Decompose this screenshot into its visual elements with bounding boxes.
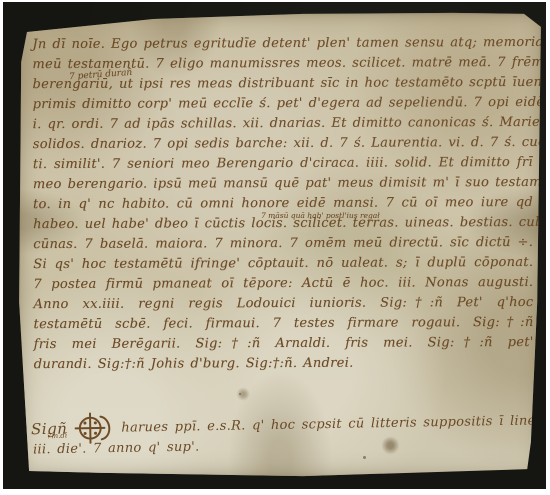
ink-fleck [363, 456, 366, 459]
manuscript-line: 7 postea firmū pmaneat oī tēpore: Actū ē… [33, 273, 533, 295]
scribe-subscription-text: harues ppī. e.s.R. q' hoc scpsit cū litt… [121, 413, 544, 435]
interlinear-insertion: 7 petrū durañ [69, 68, 133, 82]
manuscript-line: meū testamentū. 7 eligo manumissres meos… [32, 53, 532, 75]
manuscript-line: habeo. uel habe' dbeo ī cūctis locis. sc… [33, 213, 533, 235]
manuscript-line: durandi. Sig:†:ñ Johis d'burg. Sig:†:ñ. … [34, 353, 534, 375]
manuscript-line: Anno xx.iiii. regni regis Lodouici iunio… [33, 293, 533, 315]
manuscript-line: cūnas. 7 baselā. maiora. 7 minora. 7 omē… [33, 233, 533, 255]
manuscript-line: Si qs' hoc testamētū ifringe' cōptauit. … [33, 253, 533, 275]
signature-sub-note: 7m.dī [47, 431, 67, 440]
manuscript-photo: Jn dī noīe. Ego petrus egritudīe detent'… [0, 0, 550, 495]
dating-clause-line: iii. die'. 7 anno q' sup'. [33, 440, 200, 458]
manuscript-line: meo berengario. ipsū meū mansū quē pat' … [33, 173, 533, 195]
manuscript-line: primis dimitto corp' meū ecclīe ś. pet' … [33, 93, 533, 115]
manuscript-text-block: Jn dī noīe. Ego petrus egritudīe detent'… [32, 33, 533, 375]
photo-black-matte: Jn dī noīe. Ego petrus egritudīe detent'… [3, 2, 546, 489]
manuscript-line: Jn dī noīe. Ego petrus egritudīe detent'… [32, 33, 532, 55]
manuscript-line: ti. similit'. 7 seniori meo Berengario d… [33, 153, 533, 175]
manuscript-line: to. in q' nc habito. cū omni honore eidē… [33, 193, 533, 215]
notary-signature-line: Sigñ harues ppī. e.s.R. q' [31, 404, 514, 446]
manuscript-line: testamētū scbē. feci. firmaui. 7 testes … [33, 313, 533, 335]
manuscript-line: berengariū, ut ipsi res meas distribuant… [32, 73, 532, 95]
notary-rota-icon [73, 411, 116, 446]
manuscript-line: i. qr. ordi. 7 ad ipās schillas. xii. dn… [33, 113, 533, 135]
parchment-sheet: Jn dī noīe. Ego petrus egritudīe detent'… [17, 12, 543, 478]
interlinear-insertion: 7 māsū quā hab' postl'ius regał [261, 211, 380, 220]
signum-word: Sigñ [31, 420, 68, 439]
manuscript-line: solidos. dnarioz. 7 opi sedis barche: xi… [33, 133, 533, 155]
ink-fleck [239, 393, 241, 395]
manuscript-line: fris mei Berēgarii. Sig:†:ñ Arnaldi. fri… [34, 333, 534, 355]
